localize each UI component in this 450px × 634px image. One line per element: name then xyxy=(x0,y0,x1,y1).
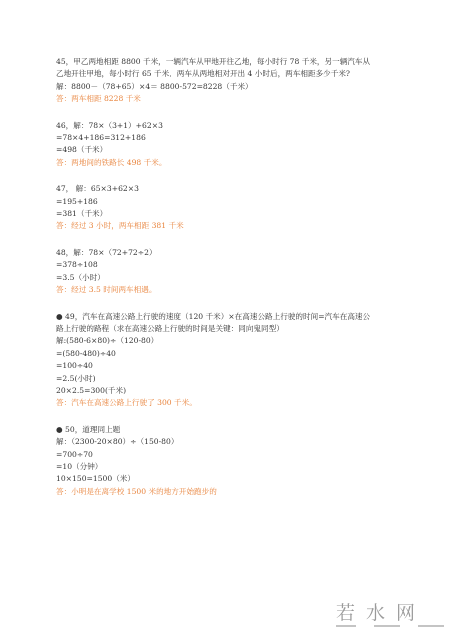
solution-line: 解：8800－（78+65）×4＝ 8800-572=8228（千米） xyxy=(56,81,406,93)
problem-text: ● 50，道理同上题 xyxy=(56,424,406,436)
solution-line: 20×2.5=300(千米) xyxy=(56,385,406,397)
answer-line: 答：两车相距 8228 千米 xyxy=(56,93,406,105)
solution-line: =700÷70 xyxy=(56,449,406,461)
solution-line: =100÷40 xyxy=(56,360,406,372)
solution-line: 46，解：78×（3+1）+62×3 xyxy=(56,120,406,132)
answer-line: 答：两地间的铁路长 498 千米。 xyxy=(56,157,406,169)
solution-line: =195+186 xyxy=(56,196,406,208)
problem-text: 乙地开往甲地，每小时行 65 千米．两车从两地相对开出 4 小时后，两车相距多少… xyxy=(56,68,406,80)
solution-line: =381（千米） xyxy=(56,208,406,220)
solution-line: 10×150=1500（米） xyxy=(56,473,406,485)
solution-line: 解:(580-6×80)÷（120-80） xyxy=(56,335,406,347)
solution-line: =10（分钟） xyxy=(56,461,406,473)
solution-line: 47， 解：65×3+62×3 xyxy=(56,183,406,195)
solution-line: =2.5(小时) xyxy=(56,373,406,385)
problem-49: ● 49，汽车在高速公路上行驶的速度（120 千米）×在高速公路上行驶的时间=汽… xyxy=(56,311,406,410)
answer-line: 答：经过 3.5 时间两车相遇。 xyxy=(56,284,406,296)
problem-48: 48，解：78×（72+72÷2） =378÷108 =3.5（小时） 答：经过… xyxy=(56,247,406,297)
solution-line: =3.5（小时） xyxy=(56,272,406,284)
problem-45: 45，甲乙两地相距 8800 千米，一辆汽车从甲地开往乙地，每小时行 78 千米… xyxy=(56,56,406,106)
problem-text: 45，甲乙两地相距 8800 千米，一辆汽车从甲地开往乙地，每小时行 78 千米… xyxy=(56,56,406,68)
solution-line: =78×4+186=312+186 xyxy=(56,132,406,144)
solution-line: 48，解：78×（72+72÷2） xyxy=(56,247,406,259)
solution-line: =498（千米） xyxy=(56,144,406,156)
answer-line: 答：汽车在高速公路上行驶了 300 千米。 xyxy=(56,397,406,409)
solution-line: =378÷108 xyxy=(56,259,406,271)
problem-46: 46，解：78×（3+1）+62×3 =78×4+186=312+186 =49… xyxy=(56,120,406,170)
problem-text: 路上行驶的路程（求在高速公路上行驶的时间是关键：同向鬼同型） xyxy=(56,323,406,335)
problem-50: ● 50，道理同上题 解：（2300-20×80）÷（150-80） =700÷… xyxy=(56,424,406,498)
watermark-underline xyxy=(336,625,444,627)
watermark-logo: 若水网 xyxy=(336,598,448,634)
answer-line: 答：经过 3 小时，两车相距 381 千米 xyxy=(56,220,406,232)
solution-line: 解：（2300-20×80）÷（150-80） xyxy=(56,436,406,448)
solution-line: =(580-480)÷40 xyxy=(56,348,406,360)
problem-text: ● 49，汽车在高速公路上行驶的速度（120 千米）×在高速公路上行驶的时间=汽… xyxy=(56,311,406,323)
document-page: 45，甲乙两地相距 8800 千米，一辆汽车从甲地开往乙地，每小时行 78 千米… xyxy=(56,56,406,498)
problem-47: 47， 解：65×3+62×3 =195+186 =381（千米） 答：经过 3… xyxy=(56,183,406,233)
answer-line: 答：小明是在离学校 1500 米的地方开始跑步的 xyxy=(56,486,406,498)
watermark-text: 若水网 xyxy=(336,598,448,625)
